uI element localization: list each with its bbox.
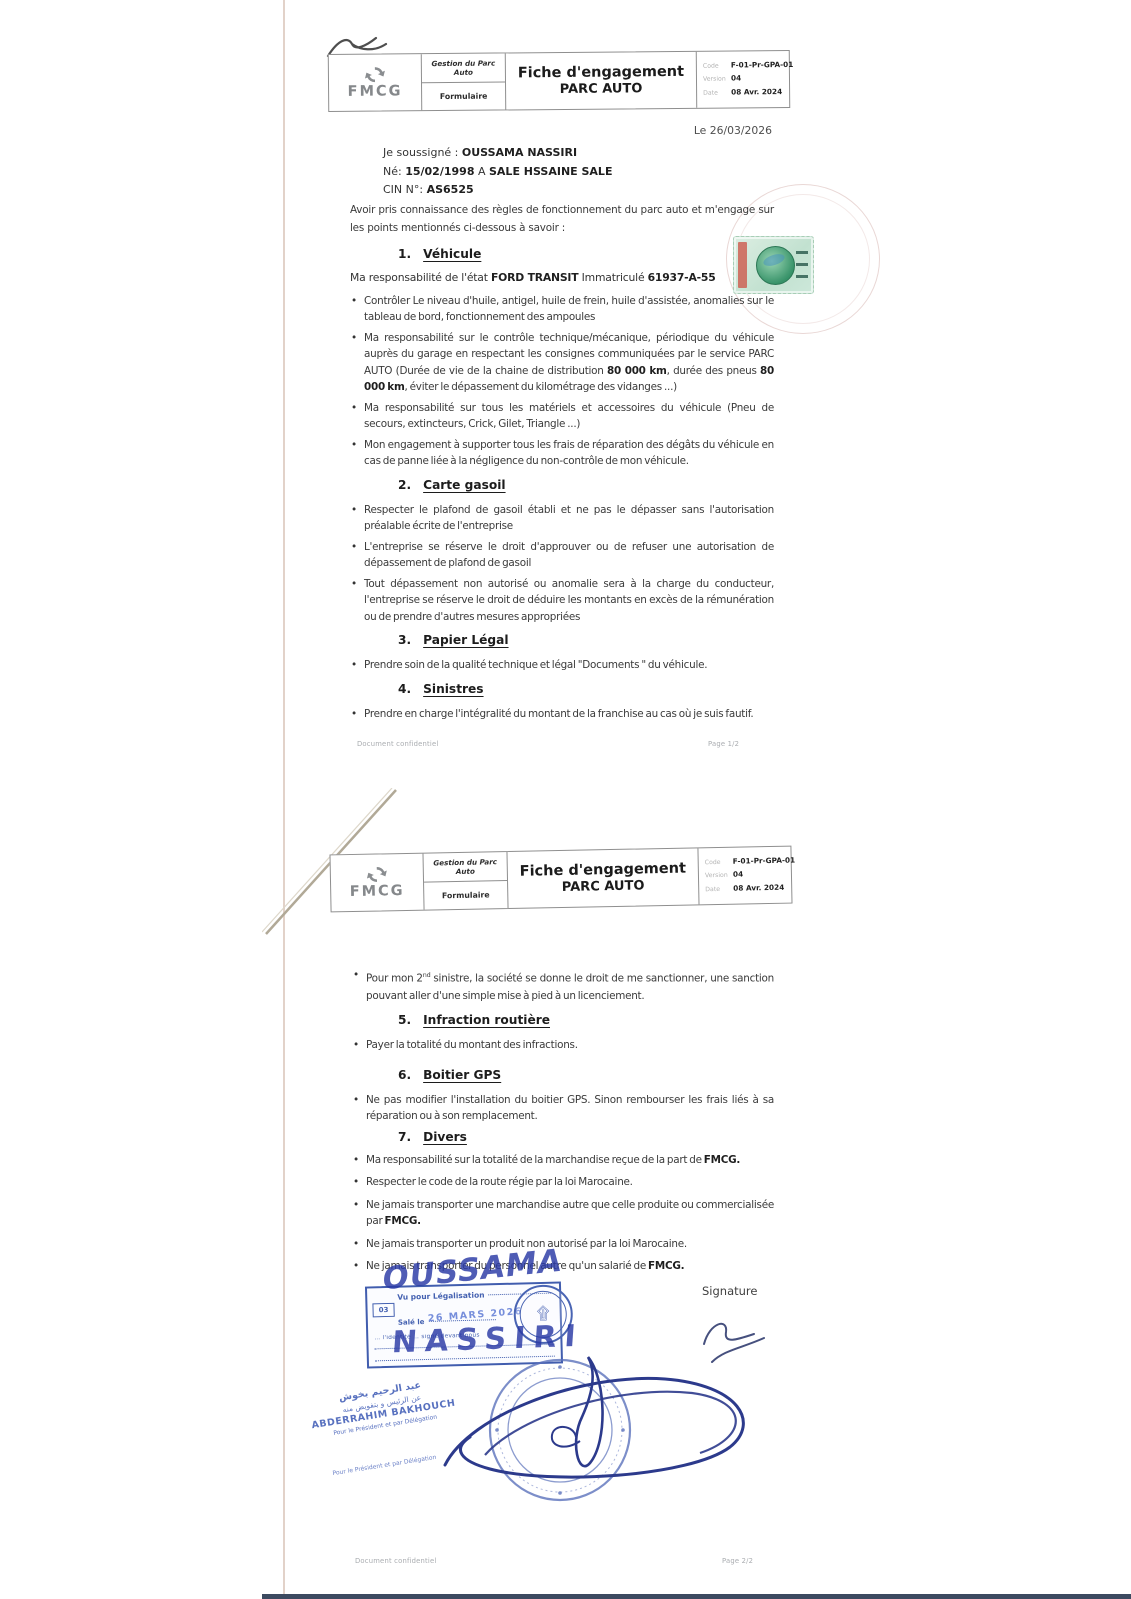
divers-bullets: Ma responsabilité sur la totalité de la … bbox=[352, 1152, 774, 1275]
list-item: Pour mon 2nd sinistre, la société se don… bbox=[352, 966, 774, 1005]
section-title: Carte gasoil bbox=[423, 478, 505, 492]
list-item: Prendre soin de la qualité technique et … bbox=[350, 657, 774, 674]
list-item: Mon engagement à supporter tous les frai… bbox=[350, 437, 774, 470]
infraction-bullets: Payer la totalité du montant des infract… bbox=[352, 1037, 774, 1054]
section-number: 7. bbox=[398, 1130, 411, 1144]
code-label: Code bbox=[703, 60, 728, 73]
footer-page-number: Page 1/2 bbox=[708, 740, 739, 748]
section-heading-papier-legal: 3. Papier Légal bbox=[398, 633, 774, 647]
code-label: Code bbox=[705, 857, 730, 870]
section-title: Divers bbox=[423, 1130, 467, 1144]
vehicule-bullets: Contrôler Le niveau d'huile, antigel, hu… bbox=[350, 293, 774, 470]
section-heading-infraction: 5. Infraction routière bbox=[398, 1013, 774, 1027]
list-item: Ne jamais transporter une marchandise au… bbox=[352, 1197, 774, 1230]
date-label: Date bbox=[705, 884, 730, 897]
doc-type-label: Formulaire bbox=[422, 82, 505, 110]
header-title-cell: Fiche d'engagement PARC AUTO bbox=[507, 848, 699, 908]
footer-page-number: Page 2/2 bbox=[722, 1557, 753, 1565]
page1-text-column: Le 26/03/2026 Je soussigné : OUSSAMA NAS… bbox=[350, 124, 774, 730]
header-code-cell: CodeF-01-Pr-GPA-01 Version04 Date08 Avr.… bbox=[697, 51, 789, 108]
code-value: F-01-Pr-GPA-01 bbox=[733, 854, 796, 868]
section-number: 4. bbox=[398, 682, 411, 696]
document-header: FMCG Gestion du Parc Auto Formulaire Fic… bbox=[329, 846, 792, 913]
recycle-arrows-icon bbox=[362, 66, 388, 84]
doc-title-line2: PARC AUTO bbox=[560, 82, 643, 98]
intro-paragraph: Avoir pris connaissance des règles de fo… bbox=[350, 201, 774, 237]
page2-text-column: Pour mon 2nd sinistre, la société se don… bbox=[352, 966, 774, 1283]
vehicle-lead-line: Ma responsabilité de l'état FORD TRANSIT… bbox=[350, 271, 774, 284]
date-value: 08 Avr. 2024 bbox=[733, 881, 784, 894]
list-item: Ma responsabilité sur la totalité de la … bbox=[352, 1152, 774, 1169]
version-label: Version bbox=[703, 74, 728, 87]
list-item: Payer la totalité du montant des infract… bbox=[352, 1037, 774, 1054]
list-item: L'entreprise se réserve le droit d'appro… bbox=[350, 539, 774, 572]
date-value: 08 Avr. 2024 bbox=[731, 86, 782, 99]
identity-name-line: Je soussigné : OUSSAMA NASSIRI bbox=[383, 144, 774, 163]
section-number: 6. bbox=[398, 1068, 411, 1082]
footer-confidential: Document confidentiel bbox=[357, 740, 439, 748]
dept-label: Gestion du Parc Auto bbox=[423, 852, 507, 882]
version-value: 04 bbox=[733, 869, 743, 882]
section-heading-divers: 7. Divers bbox=[398, 1130, 774, 1144]
section-heading-carte-gasoil: 2. Carte gasoil bbox=[398, 478, 774, 492]
doc-title-line1: Fiche d'engagement bbox=[518, 63, 684, 83]
doc-type-label: Formulaire bbox=[424, 881, 508, 910]
boitier-gps-bullets: Ne pas modifier l'installation du boitie… bbox=[352, 1092, 774, 1124]
fmcg-logo: FMCG bbox=[331, 854, 425, 912]
list-item: Tout dépassement non autorisé ou anomali… bbox=[350, 576, 774, 626]
signature-label: Signature bbox=[702, 1284, 757, 1298]
header-dept-cell: Gestion du Parc Auto Formulaire bbox=[423, 852, 508, 910]
section-heading-boitier-gps: 6. Boitier GPS bbox=[398, 1068, 774, 1082]
logo-wordmark: FMCG bbox=[348, 85, 403, 100]
section-number: 3. bbox=[398, 633, 411, 647]
scanned-document: FMCG Gestion du Parc Auto Formulaire Fic… bbox=[0, 0, 1131, 1599]
list-item: Ma responsabilité sur tous les matériels… bbox=[350, 400, 774, 433]
section-heading-vehicule: 1. Véhicule bbox=[398, 247, 774, 261]
stamp-mark bbox=[796, 275, 808, 278]
version-label: Version bbox=[705, 870, 730, 883]
carte-gasoil-bullets: Respecter le plafond de gasoil établi et… bbox=[350, 502, 774, 626]
scan-edge-bar bbox=[262, 1594, 1131, 1599]
stamp-mark bbox=[796, 251, 808, 254]
section-title: Infraction routière bbox=[423, 1013, 550, 1027]
dept-label: Gestion du Parc Auto bbox=[422, 53, 505, 82]
section-heading-sinistres: 4. Sinistres bbox=[398, 682, 774, 696]
logo-wordmark: FMCG bbox=[350, 884, 405, 900]
list-item: Respecter le plafond de gasoil établi et… bbox=[350, 502, 774, 535]
version-value: 04 bbox=[731, 73, 741, 86]
fmcg-logo: FMCG bbox=[329, 54, 422, 111]
sinistres-continuation: Pour mon 2nd sinistre, la société se don… bbox=[352, 966, 774, 1005]
list-item: Ne pas modifier l'installation du boitie… bbox=[352, 1092, 774, 1124]
section-number: 2. bbox=[398, 478, 411, 492]
footer-confidential: Document confidentiel bbox=[355, 1557, 437, 1565]
doc-title-line2: PARC AUTO bbox=[562, 879, 645, 896]
stamp-mark bbox=[796, 263, 808, 266]
code-value: F-01-Pr-GPA-01 bbox=[731, 59, 794, 72]
list-item: Contrôler Le niveau d'huile, antigel, hu… bbox=[350, 293, 774, 326]
notary-delegation-line-2: Pour le Président et par Délégation bbox=[332, 1454, 437, 1477]
identity-birth-line: Né: 15/02/1998 A SALE HSSAINE SALE bbox=[383, 163, 774, 182]
list-item: Ma responsabilité sur le contrôle techni… bbox=[350, 330, 774, 396]
header-dept-cell: Gestion du Parc Auto Formulaire bbox=[422, 53, 506, 110]
recycle-arrows-icon bbox=[364, 866, 390, 884]
header-title-cell: Fiche d'engagement PARC AUTO bbox=[506, 52, 697, 110]
list-item: Prendre en charge l'intégralité du monta… bbox=[350, 706, 774, 723]
document-header: FMCG Gestion du Parc Auto Formulaire Fic… bbox=[328, 50, 790, 112]
section-title: Boitier GPS bbox=[423, 1068, 501, 1082]
list-item: Respecter le code de la route régie par … bbox=[352, 1174, 774, 1191]
document-date: Le 26/03/2026 bbox=[350, 124, 772, 137]
sinistres-bullets: Prendre en charge l'intégralité du monta… bbox=[350, 706, 774, 723]
round-notary-stamp bbox=[430, 1345, 770, 1515]
section-number: 5. bbox=[398, 1013, 411, 1027]
identity-cin-line: CIN N°: AS6525 bbox=[383, 181, 774, 200]
section-title: Papier Légal bbox=[423, 633, 508, 647]
section-title: Sinistres bbox=[423, 682, 483, 696]
papier-legal-bullets: Prendre soin de la qualité technique et … bbox=[350, 657, 774, 674]
section-title: Véhicule bbox=[423, 247, 481, 261]
doc-title-line1: Fiche d'engagement bbox=[520, 860, 687, 881]
header-code-cell: CodeF-01-Pr-GPA-01 Version04 Date08 Avr.… bbox=[698, 847, 791, 905]
identity-block: Je soussigné : OUSSAMA NASSIRI Né: 15/02… bbox=[383, 144, 774, 200]
date-label: Date bbox=[703, 87, 728, 100]
stamp-number-box: 03 bbox=[372, 1303, 394, 1318]
section-number: 1. bbox=[398, 247, 411, 261]
